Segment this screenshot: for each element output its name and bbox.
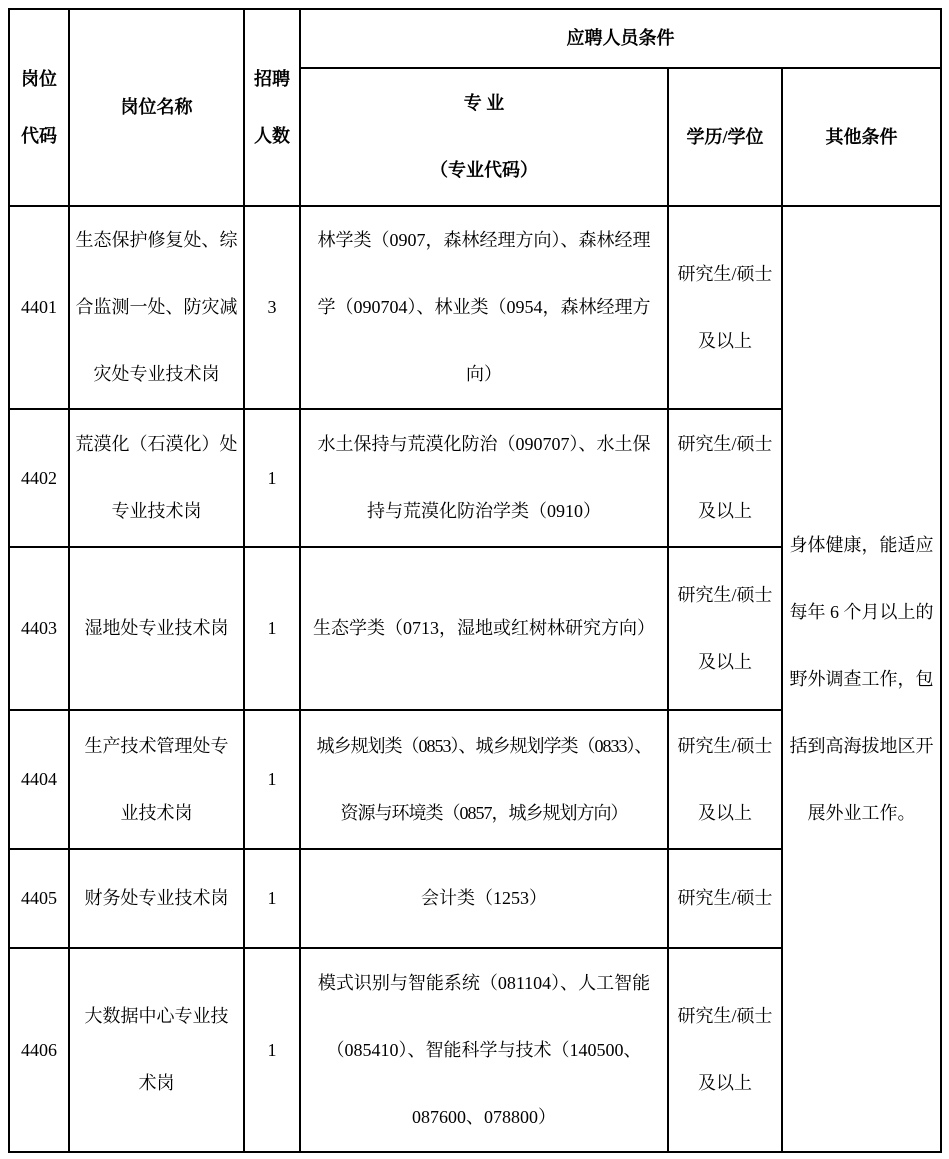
major-cell: 生态学类（0713，湿地或红树林研究方向）: [300, 547, 668, 710]
major-cell: 会计类（1253）: [300, 849, 668, 948]
education-cell: 研究生/硕士 及以上: [668, 710, 782, 849]
major-cell: 城乡规划类（0853）、城乡规划学类（0833）、 资源与环境类（0857，城乡…: [300, 710, 668, 849]
position-name-cell: 荒漠化（石漠化）处 专业技术岗: [69, 409, 244, 547]
major-cell: 模式识别与智能系统（081104）、人工智能 （085410）、智能科学与技术（…: [300, 948, 668, 1152]
header-row-group: 岗位 代码 岗位名称 招聘 人数 应聘人员条件: [9, 9, 941, 68]
headcount-cell: 3: [244, 206, 300, 409]
header-position-name: 岗位名称: [69, 9, 244, 206]
headcount-cell: 1: [244, 409, 300, 547]
position-code-cell: 4403: [9, 547, 69, 710]
position-code-cell: 4406: [9, 948, 69, 1152]
header-position-code: 岗位 代码: [9, 9, 69, 206]
header-major: 专 业 （专业代码）: [300, 68, 668, 206]
position-name-cell: 湿地处专业技术岗: [69, 547, 244, 710]
header-other-conditions: 其他条件: [782, 68, 941, 206]
education-cell: 研究生/硕士 及以上: [668, 206, 782, 409]
recruitment-table: 岗位 代码 岗位名称 招聘 人数 应聘人员条件 专 业 （专业代码） 学历/学位…: [8, 8, 942, 1153]
position-name-cell: 生产技术管理处专 业技术岗: [69, 710, 244, 849]
headcount-cell: 1: [244, 710, 300, 849]
headcount-cell: 1: [244, 547, 300, 710]
position-code-cell: 4402: [9, 409, 69, 547]
other-conditions-cell: 身体健康，能适应 每年 6 个月以上的 野外调查工作，包 括到高海拔地区开 展外…: [782, 206, 941, 1152]
table-row-4401: 4401 生态保护修复处、综 合监测一处、防灾减 灾处专业技术岗 3 林学类（0…: [9, 206, 941, 409]
major-cell: 水土保持与荒漠化防治（090707）、水土保 持与荒漠化防治学类（0910）: [300, 409, 668, 547]
education-cell: 研究生/硕士 及以上: [668, 948, 782, 1152]
education-cell: 研究生/硕士 及以上: [668, 409, 782, 547]
position-code-cell: 4405: [9, 849, 69, 948]
position-name-cell: 生态保护修复处、综 合监测一处、防灾减 灾处专业技术岗: [69, 206, 244, 409]
position-code-cell: 4404: [9, 710, 69, 849]
position-name-cell: 大数据中心专业技 术岗: [69, 948, 244, 1152]
major-cell: 林学类（0907，森林经理方向）、森林经理 学（090704）、林业类（0954…: [300, 206, 668, 409]
header-applicant-requirements: 应聘人员条件: [300, 9, 941, 68]
position-code-cell: 4401: [9, 206, 69, 409]
header-headcount: 招聘 人数: [244, 9, 300, 206]
position-name-cell: 财务处专业技术岗: [69, 849, 244, 948]
education-cell: 研究生/硕士 及以上: [668, 547, 782, 710]
headcount-cell: 1: [244, 948, 300, 1152]
headcount-cell: 1: [244, 849, 300, 948]
education-cell: 研究生/硕士: [668, 849, 782, 948]
header-education: 学历/学位: [668, 68, 782, 206]
